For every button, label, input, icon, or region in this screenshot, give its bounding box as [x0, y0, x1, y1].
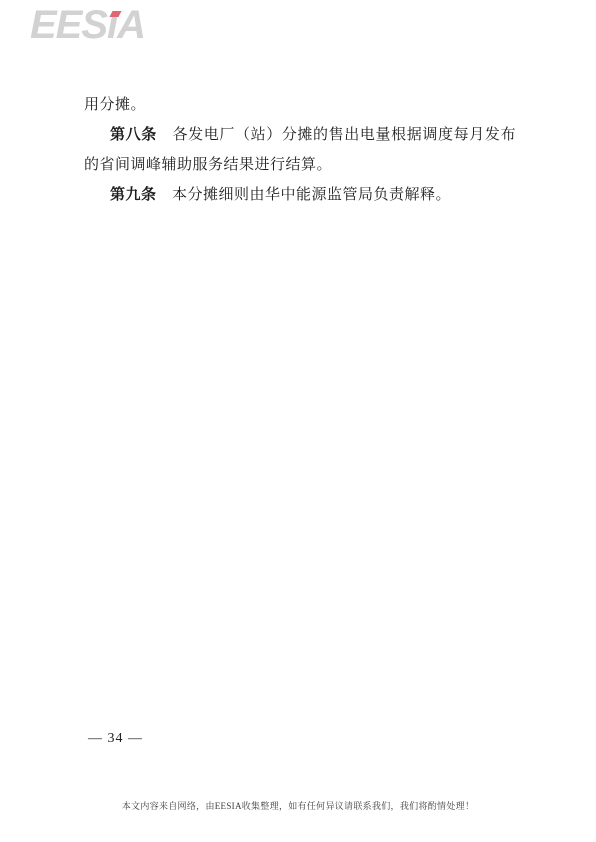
logo-letters-post: A	[117, 3, 145, 47]
clause-8-label: 第八条	[110, 127, 157, 143]
logo-letters-pre: EES	[30, 3, 107, 47]
clause-8-paragraph: 第八条 各发电厂（站）分摊的售出电量根据调度每月发布的省间调峰辅助服务结果进行结…	[84, 120, 516, 180]
paragraph-continuation: 用分摊。	[84, 90, 516, 120]
eesia-logo: EESıA	[30, 2, 145, 48]
clause-9-label: 第九条	[110, 187, 157, 203]
paragraph-continuation-text: 用分摊。	[84, 97, 146, 113]
clause-9-text: 本分摊细则由华中能源监管局负责解释。	[157, 187, 452, 203]
body-text: 用分摊。 第八条 各发电厂（站）分摊的售出电量根据调度每月发布的省间调峰辅助服务…	[84, 90, 516, 210]
page-number: — 34 —	[88, 731, 143, 747]
document-page: EESıA 用分摊。 第八条 各发电厂（站）分摊的售出电量根据调度每月发布的省间…	[0, 0, 596, 842]
logo-letter-i: ı	[107, 2, 117, 48]
logo-letter-i-glyph: ı	[107, 3, 117, 47]
footer-disclaimer: 本文内容来自网络，由EESIA收集整理，如有任何异议请联系我们，我们将酌情处理！	[0, 799, 596, 812]
clause-9-paragraph: 第九条 本分摊细则由华中能源监管局负责解释。	[84, 180, 516, 210]
